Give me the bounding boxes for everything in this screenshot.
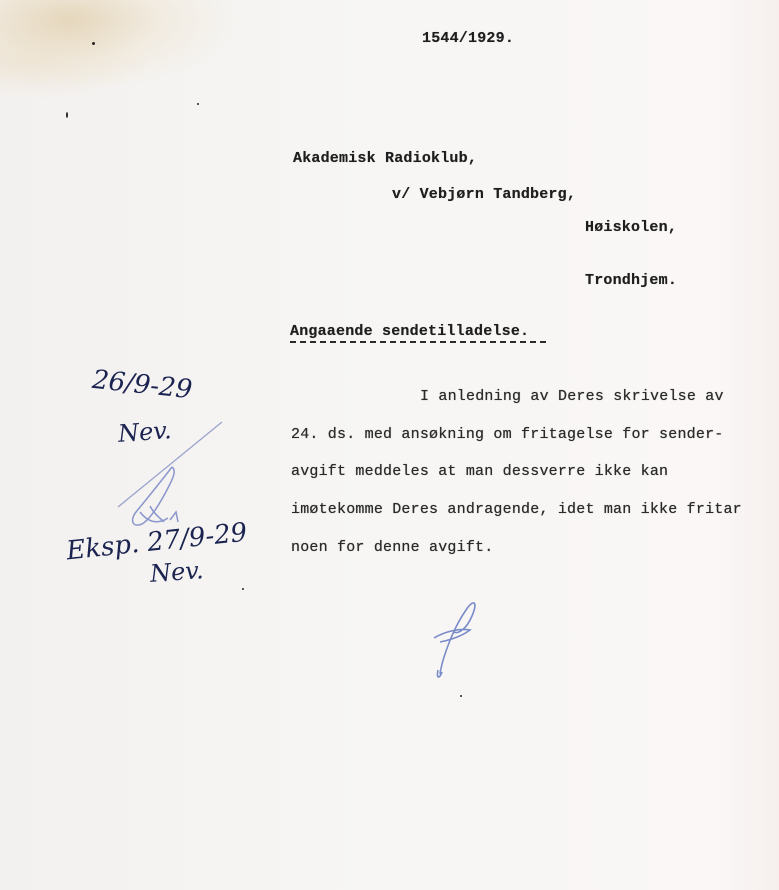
signature-strokes bbox=[0, 0, 779, 890]
center-signature-initial-icon bbox=[434, 603, 475, 677]
pencil-diagonal-line-icon bbox=[118, 422, 222, 507]
